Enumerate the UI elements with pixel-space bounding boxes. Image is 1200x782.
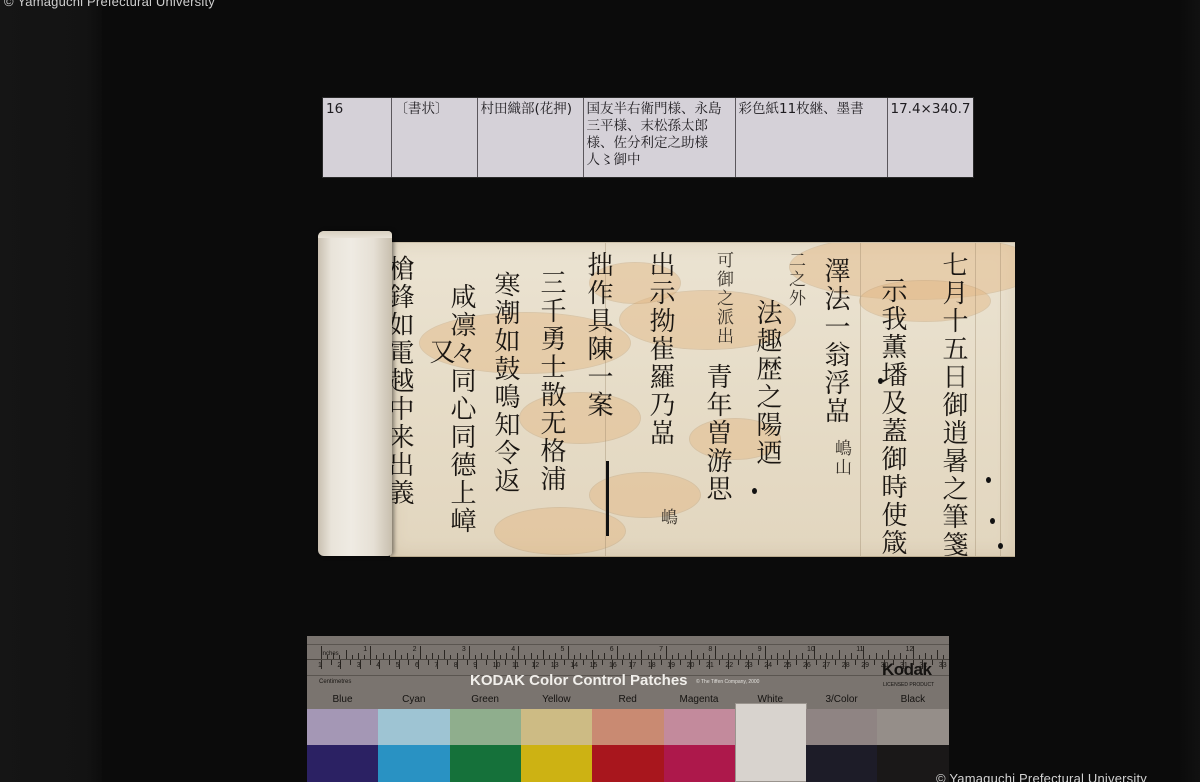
inch-mark: 1 [363, 646, 367, 653]
inch-mark: 2 [413, 646, 417, 653]
ruler-tick [561, 655, 562, 659]
ruler-tick [352, 655, 353, 659]
ruler-tick [364, 655, 365, 659]
patch-label: Red [592, 694, 663, 705]
ruler-tick [383, 653, 384, 659]
ruler-tick [580, 653, 581, 659]
ruler-tick [469, 646, 470, 659]
paper-fold [1000, 243, 1001, 556]
ruler-tick [592, 650, 593, 659]
color-patch-dark [592, 745, 664, 782]
ruler-tick [777, 653, 778, 659]
color-patch-dark [664, 745, 736, 782]
ruler-tick [691, 650, 692, 659]
ruler-tick [746, 655, 747, 659]
color-patch-dark [450, 745, 522, 782]
ruler-tick [715, 646, 716, 659]
ruler-tick [598, 655, 599, 659]
ruler-tick [420, 646, 421, 659]
ruler-tick [932, 660, 933, 665]
ruler-tick [463, 655, 464, 659]
cm-mark: 17 [628, 662, 636, 669]
inch-mark: 6 [610, 646, 614, 653]
ruler-tick [346, 650, 347, 659]
ruler-tick [500, 655, 501, 659]
ruler-tick [531, 653, 532, 659]
calligraphy-column: 嶋 [652, 508, 682, 527]
cm-mark: 10 [493, 662, 501, 669]
ruler-tick [370, 646, 371, 659]
ruler-tick [635, 655, 636, 659]
scroll-roll [318, 231, 392, 556]
ruler-tick [685, 655, 686, 659]
ruler-tick [358, 653, 359, 659]
scroll-roll-edge [318, 231, 392, 238]
watermark-bottom: © Yamaguchi Prefectural University [936, 771, 1147, 782]
color-patch-light [450, 709, 522, 745]
ruler-tick [906, 655, 907, 659]
inches-label: Inches [321, 651, 339, 657]
ruler-tick [401, 655, 402, 659]
ruler-tick [586, 655, 587, 659]
ruler-tick [752, 653, 753, 659]
calligraphy-column: 三千勇士散无格浦 [536, 269, 566, 493]
calligraphy-column: 寒潮如鼓鳴知令返 [490, 271, 520, 495]
catalog-label-row: 16 〔書状〕 村田織部(花押) 国友半右衛門様、永島三平様、末松孫太郎様、佐分… [323, 98, 973, 177]
ruler-tick [568, 646, 569, 659]
cm-mark: 19 [667, 662, 675, 669]
ruler-tick [525, 660, 526, 665]
scroll-paper: 七月十五日御逍暑之筆箋示我薫墦及蓋御時使箴澤法一翁浮嵓嶋山二之外法趣歴之陽迺可御… [390, 242, 1015, 557]
calligraphy-column: 青年曽游思 [702, 363, 732, 503]
background-left-panel [0, 0, 102, 782]
cm-mark: 25 [784, 662, 792, 669]
chart-title: KODAK Color Control Patches [470, 672, 688, 689]
ruler-tick [413, 655, 414, 659]
ruler-tick [426, 655, 427, 659]
kodak-color-chart: Inches Centimetres 123456789101112131234… [307, 636, 949, 782]
ink-dot [986, 477, 991, 483]
ruler-tick [857, 655, 858, 659]
ruler-tick [641, 650, 642, 659]
ruler-tick [835, 660, 836, 665]
ruler-tick [486, 660, 487, 665]
inch-mark: 8 [708, 646, 712, 653]
paper-fold [975, 243, 976, 556]
ruler-tick [574, 655, 575, 659]
ruler-tick [407, 653, 408, 659]
cm-mark: 22 [725, 662, 733, 669]
ruler-tick [931, 655, 932, 659]
catalog-number: 16 [323, 98, 391, 177]
ruler-tick [450, 655, 451, 659]
ruler-tick [728, 653, 729, 659]
cm-mark: 24 [764, 662, 772, 669]
color-patch-dark [521, 745, 593, 782]
ruler-tick [777, 660, 778, 665]
ruler-tick [331, 660, 332, 665]
cm-mark: 4 [376, 662, 380, 669]
ruler-tick [395, 650, 396, 659]
ruler-tick [505, 660, 506, 665]
ruler-tick [602, 660, 603, 665]
cm-mark: 23 [745, 662, 753, 669]
ruler-tick [648, 655, 649, 659]
ruler-tick [537, 655, 538, 659]
ruler-tick [583, 660, 584, 665]
ruler-tick [487, 655, 488, 659]
ruler-tick [882, 655, 883, 659]
cm-mark: 27 [822, 662, 830, 669]
ruler-tick [796, 660, 797, 665]
color-patch-light [735, 703, 807, 782]
ruler-tick [722, 655, 723, 659]
ruler-tick [376, 655, 377, 659]
paper-fold [860, 243, 861, 556]
cm-mark: 28 [842, 662, 850, 669]
ruler-tick [771, 655, 772, 659]
ruler-tick [617, 646, 618, 659]
ruler-tick [666, 646, 667, 659]
ruler-tick [641, 660, 642, 665]
ruler-tick [925, 653, 926, 659]
ruler-tick [604, 653, 605, 659]
inch-mark: 11 [856, 646, 863, 653]
ruler-tick [816, 660, 817, 665]
patch-label: Green [450, 694, 521, 705]
ruler-tick [660, 655, 661, 659]
calligraphy-column: 澤法一翁浮嵓 [820, 257, 850, 425]
ruler-tick [719, 660, 720, 665]
inch-mark: 7 [659, 646, 663, 653]
cm-mark: 20 [687, 662, 695, 669]
ruler-tick [370, 660, 371, 665]
inch-mark: 5 [561, 646, 565, 653]
ruler-tick [734, 655, 735, 659]
ruler-tick [327, 655, 328, 659]
inch-mark: 10 [807, 646, 815, 653]
ruler-tick [467, 660, 468, 665]
calligraphy-column: 二之外 [780, 251, 810, 308]
ruler-tick [661, 660, 662, 665]
ink-dot [998, 543, 1003, 549]
patch-label: 3/Color [806, 694, 877, 705]
ruler-tick [438, 655, 439, 659]
inch-mark: 3 [462, 646, 466, 653]
ruler-tick [789, 650, 790, 659]
calligraphy-column: 拙作具陳一案 [583, 251, 613, 419]
cm-mark: 12 [531, 662, 539, 669]
cm-mark: 2 [337, 662, 341, 669]
ruler-tick [738, 660, 739, 665]
ruler-tick [765, 646, 766, 659]
watermark-top: © Yamaguchi Prefectural University [4, 0, 215, 9]
recipients: 国友半右衛門様、永島三平様、末松孫太郎様、佐分利定之助様人〻御中 [583, 98, 735, 177]
ruler-tick [699, 660, 700, 665]
cm-mark: 3 [357, 662, 361, 669]
ruler-tick [457, 653, 458, 659]
ruler-tick [839, 650, 840, 659]
background-right-edge [1180, 0, 1200, 782]
color-patch-dark [307, 745, 379, 782]
ruler-tick [549, 655, 550, 659]
cm-mark: 29 [861, 662, 869, 669]
chart-copyright: © The Tiffen Company, 2000 [696, 679, 759, 685]
ruler-tick [506, 653, 507, 659]
ruler-tick [796, 655, 797, 659]
ruler-tick [629, 653, 630, 659]
inch-mark: 12 [906, 646, 914, 653]
color-patch-dark [378, 745, 450, 782]
calligraphy-column: 七月十五日御逍暑之筆箋 [938, 251, 968, 557]
ruler-tick [937, 650, 938, 659]
ruler-tick [524, 655, 525, 659]
ink-dot [752, 488, 757, 494]
ruler-tick [758, 660, 759, 665]
ruler-tick [350, 660, 351, 665]
color-patch-light [521, 709, 593, 745]
ink-stroke [606, 461, 609, 536]
cm-mark: 6 [415, 662, 419, 669]
ruler-tick [622, 660, 623, 665]
ruler-tick [623, 655, 624, 659]
cm-mark: 11 [512, 662, 519, 669]
ruler-tick [481, 653, 482, 659]
patch-label: Cyan [378, 694, 449, 705]
ruler-tick [855, 660, 856, 665]
ruler-tick [888, 650, 889, 659]
calligraphy-column: 又 [425, 338, 455, 366]
calligraphy-column: 嶋山 [826, 439, 856, 477]
ruler-tick [408, 660, 409, 665]
ruler-tick [428, 660, 429, 665]
ruler-tick [869, 655, 870, 659]
ruler-tick [389, 655, 390, 659]
patch-label: Black [877, 694, 948, 705]
licensed-product-label: LICENSED PRODUCT [883, 682, 934, 688]
calligraphy-column: 法趣歴之陽迺 [752, 299, 782, 467]
sender: 村田織部(花押) [477, 98, 583, 177]
calligraphy-column: 咸凛々同心同德上嶂 [446, 283, 476, 535]
inch-mark: 4 [511, 646, 515, 653]
kodak-logo: Kodak [882, 660, 931, 680]
ruler-tick [544, 660, 545, 665]
ruler-tick [432, 653, 433, 659]
ruler-tick [321, 646, 322, 659]
ruler-tick [820, 655, 821, 659]
ruler-tick [543, 650, 544, 659]
color-patch-light [307, 709, 379, 745]
ruler-tick [333, 653, 334, 659]
cm-mark: 26 [803, 662, 811, 669]
color-patch-light [806, 709, 878, 745]
ruler-tick [832, 655, 833, 659]
ruler-tick [512, 655, 513, 659]
calligraphy-column: 槍鋒如電越中来出義 [390, 255, 414, 507]
ruler-tick [564, 660, 565, 665]
cm-mark: 18 [648, 662, 656, 669]
ruler-tick [759, 655, 760, 659]
patch-label: Yellow [521, 694, 592, 705]
color-patch-dark [806, 745, 878, 782]
ruler-divider [307, 659, 949, 660]
material: 彩色紙11枚継、墨書 [735, 98, 887, 177]
ruler-tick [876, 653, 877, 659]
calligraphy-column: 示我薫墦及蓋御時使箴 [877, 277, 907, 557]
centimetres-label: Centimetres [319, 679, 351, 685]
ruler-tick [874, 660, 875, 665]
ruler-tick [555, 653, 556, 659]
cm-mark: 9 [473, 662, 477, 669]
cm-mark: 33 [939, 662, 947, 669]
ruler-tick [339, 655, 340, 659]
cm-mark: 16 [609, 662, 617, 669]
inch-mark: 9 [758, 646, 762, 653]
ruler-tick [802, 653, 803, 659]
cm-mark: 21 [706, 662, 714, 669]
ruler-tick [783, 655, 784, 659]
cm-mark: 8 [454, 662, 458, 669]
ruler-tick [494, 650, 495, 659]
calligraphy-column: 出示拗崔羅乃嵓 [645, 251, 675, 447]
ruler-tick [518, 646, 519, 659]
ruler-tick [703, 653, 704, 659]
ruler-tick [943, 655, 944, 659]
color-patch-light [378, 709, 450, 745]
ruler-tick [654, 653, 655, 659]
color-patch-light [664, 709, 736, 745]
dimensions: 17.4×340.7 [887, 98, 973, 177]
ruler-tick [845, 655, 846, 659]
cm-mark: 5 [396, 662, 400, 669]
cm-mark: 15 [590, 662, 598, 669]
ruler-tick [678, 653, 679, 659]
patch-label: Magenta [664, 694, 735, 705]
ruler-tick [919, 655, 920, 659]
document-type: 〔書状〕 [391, 98, 477, 177]
ruler-tick [851, 653, 852, 659]
cm-mark: 7 [434, 662, 438, 669]
ruler-tick [697, 655, 698, 659]
ruler-tick [808, 655, 809, 659]
ruler-tick [444, 650, 445, 659]
ruler-tick [826, 653, 827, 659]
cm-mark: 14 [570, 662, 578, 669]
ruler-tick [740, 650, 741, 659]
calligraphy-column: 可御之派出 [708, 251, 738, 346]
ink-dot [990, 518, 995, 524]
patch-label: Blue [307, 694, 378, 705]
ruler-tick [447, 660, 448, 665]
cm-mark: 1 [318, 662, 322, 669]
cm-mark: 13 [551, 662, 559, 669]
ruler-tick [709, 655, 710, 659]
ruler-tick [900, 653, 901, 659]
color-patch-light [592, 709, 664, 745]
ruler-tick [894, 655, 895, 659]
ruler-tick [611, 655, 612, 659]
catalog-label: 16 〔書状〕 村田織部(花押) 国友半右衛門様、永島三平様、末松孫太郎様、佐分… [323, 98, 973, 177]
ruler-tick [680, 660, 681, 665]
ruler-tick [475, 655, 476, 659]
ruler-tick [672, 655, 673, 659]
color-patch-light [877, 709, 949, 745]
ruler-tick [389, 660, 390, 665]
